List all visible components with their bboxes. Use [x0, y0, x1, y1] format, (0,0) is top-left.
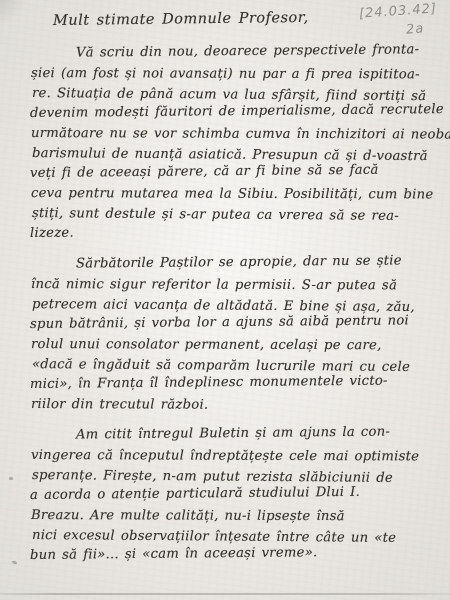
scan-smudge: [9, 477, 13, 480]
letter-line: lizeze.: [30, 220, 438, 244]
letter-line: vingerea că începutul îndreptățește cele…: [31, 446, 438, 467]
letter-line: șiei (am fost și noi avansați) nu par a …: [31, 64, 438, 85]
scanned-letter-page: [24.03.42] 2a Mult stimate Domnule Profe…: [0, 0, 450, 600]
letter-line: următoare nu se vor schimba cumva în inc…: [31, 124, 438, 145]
paragraph-3: Am citit întregul Buletin și am ajuns la…: [30, 426, 438, 566]
letter-line: devenim modești făuritori de imperialism…: [30, 100, 438, 124]
letter-line: veți fi de aceeași părere, că ar fi bine…: [30, 160, 438, 184]
scan-corner-shade: [0, 0, 32, 28]
paragraph-1: Vă scriu din nou, deoarece perspectivele…: [30, 44, 438, 244]
letter-line: spun bătrânii, și vorba lor a ajuns să a…: [30, 311, 438, 335]
letter-line: mici», în Franța îl îndeplinesc monument…: [30, 371, 438, 395]
letter-line: Breazu. Are multe calități, nu-i lipseșt…: [31, 506, 438, 527]
letter-line: rolul unui consolator permanent, același…: [31, 335, 438, 356]
letter-line: bun să fii»... și «cam în aceeași vreme»…: [30, 542, 438, 566]
letter-content: Mult stimate Domnule Profesor, Vă scriu …: [30, 13, 438, 577]
salutation: Mult stimate Domnule Profesor,: [53, 8, 438, 29]
letter-line: ceva pentru mutarea mea la Sibiu. Posibi…: [31, 184, 438, 205]
letter-line: a acorda o atenție particulară studiului…: [30, 482, 438, 506]
scan-bottom-edge: [0, 593, 450, 595]
letter-line: Am citit întregul Buletin și am ajuns la…: [30, 422, 438, 446]
letter-line: riilor din trecutul război.: [31, 395, 438, 416]
letter-line: Vă scriu din nou, deoarece perspectivele…: [30, 40, 438, 64]
letter-line: încă nimic sigur referitor la permisii. …: [31, 275, 438, 296]
letter-line: Sărbătorile Paștilor se apropie, dar nu …: [30, 251, 438, 275]
scan-smudge: [12, 560, 18, 565]
paragraph-2: Sărbătorile Paștilor se apropie, dar nu …: [30, 255, 438, 415]
